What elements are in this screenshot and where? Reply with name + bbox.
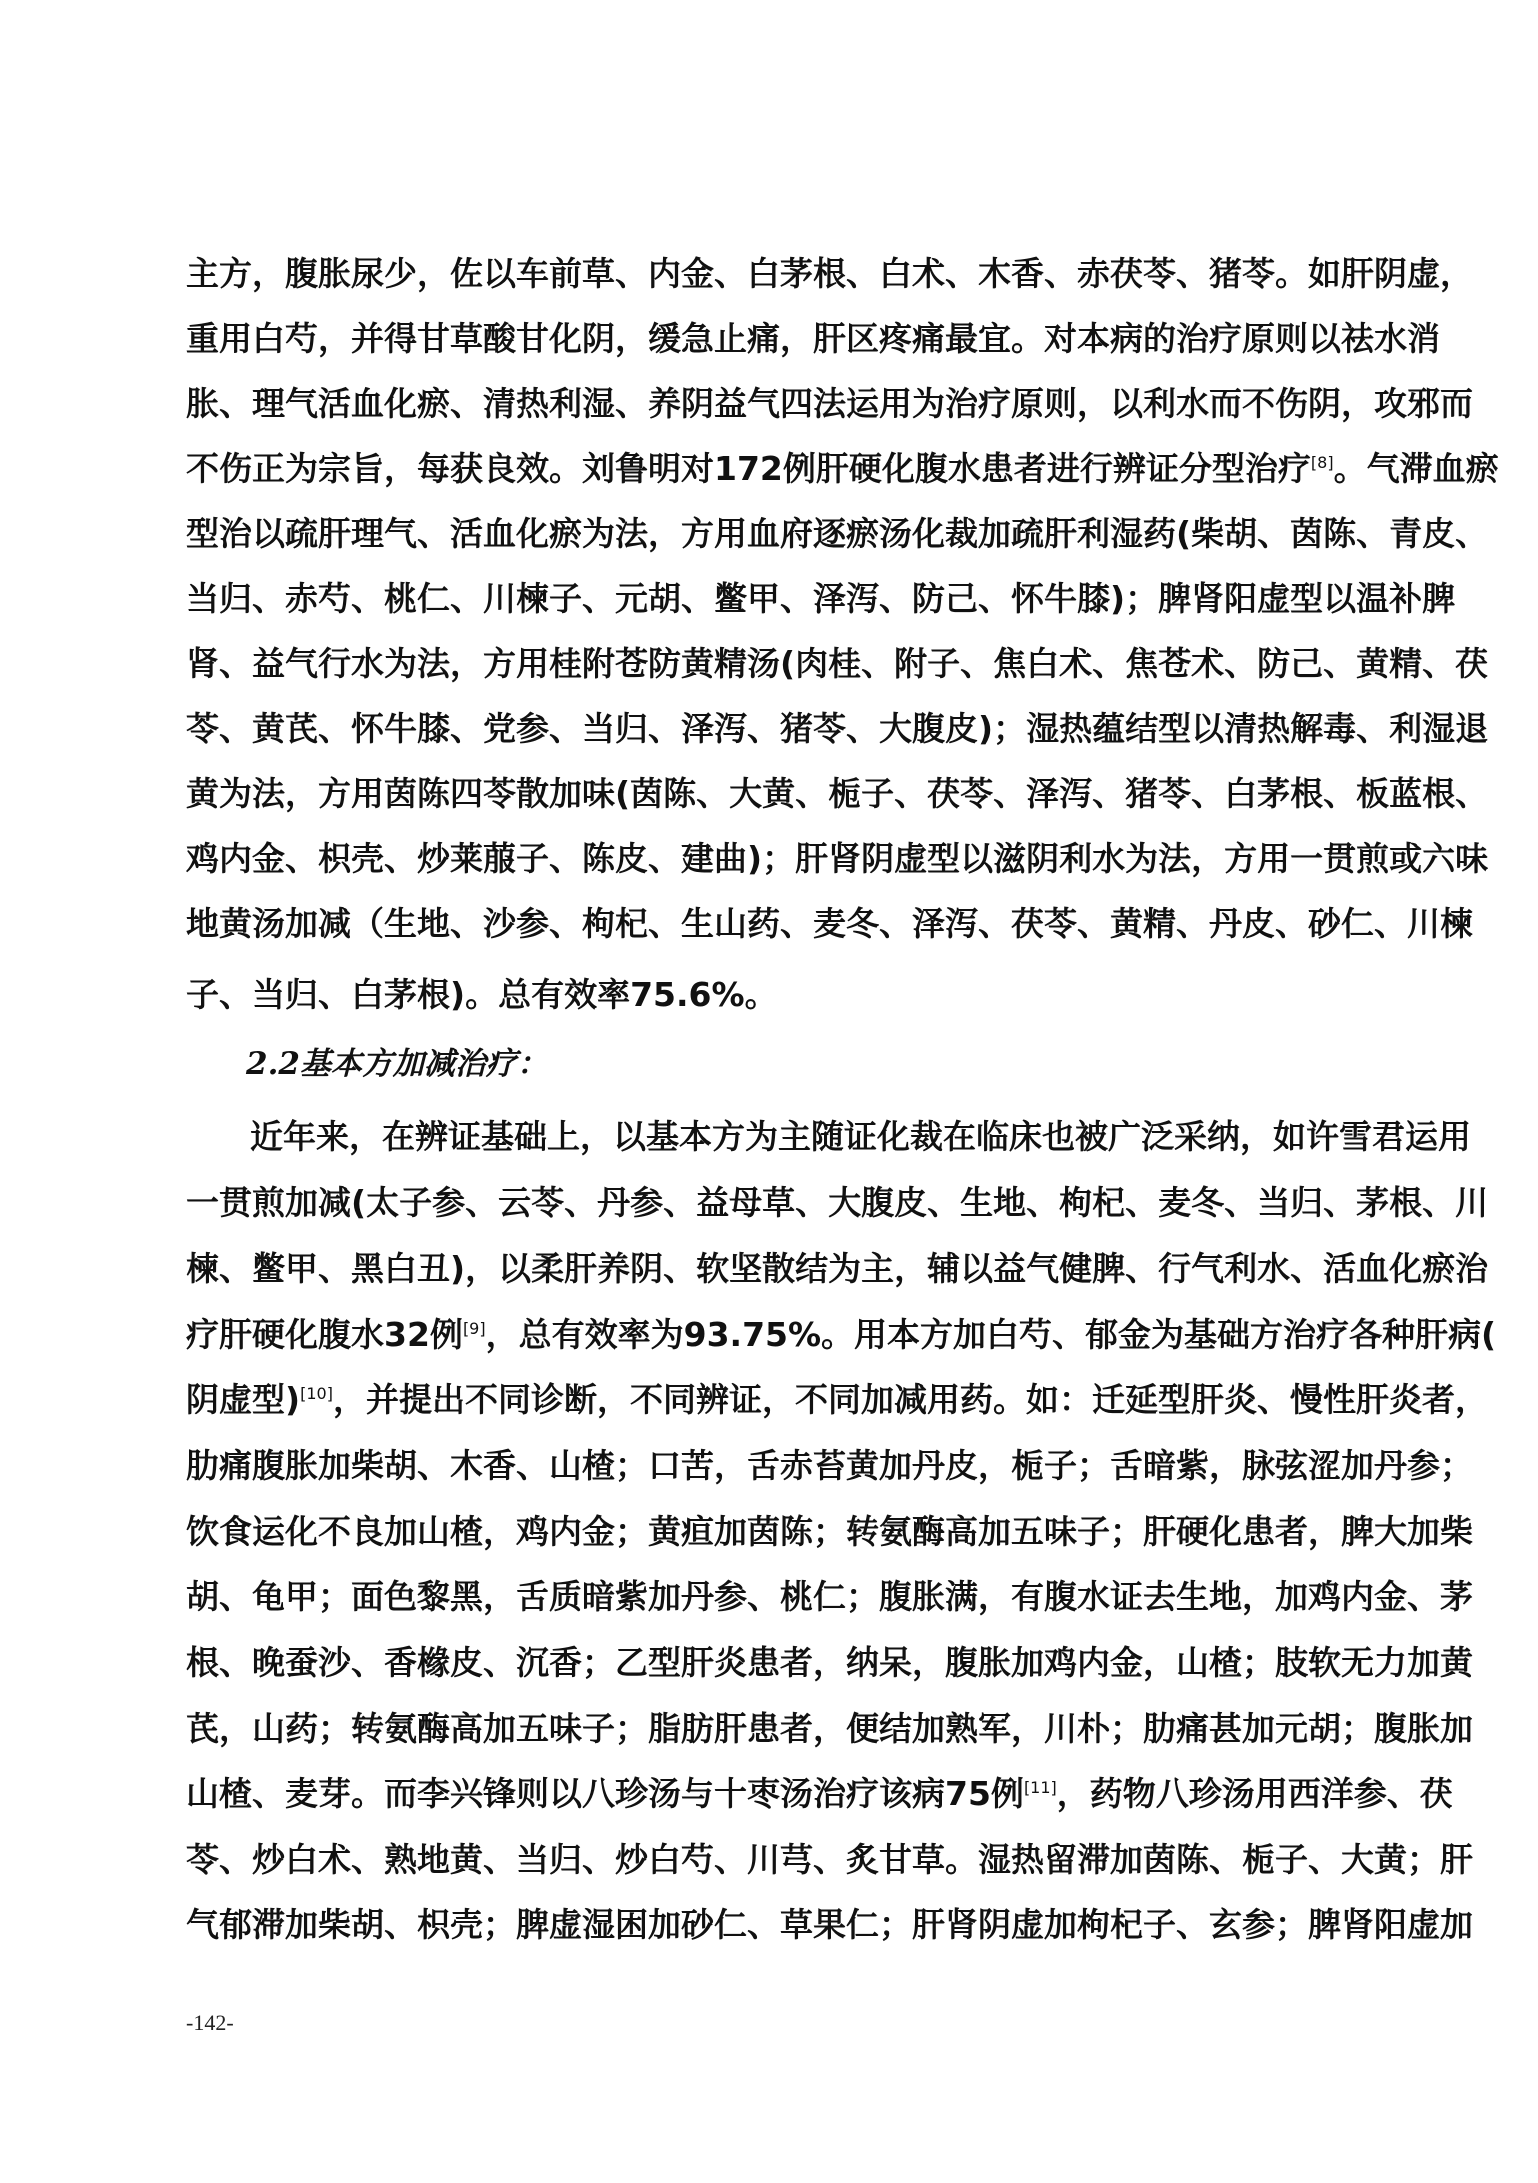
text-line: 芪，山药；转氨酶高加五味子；脂肪肝患者，便结加熟军，川朴；肋痛甚加元胡；腹胀加 [186,1707,1354,1751]
text-line: 根、晚蚕沙、香橼皮、沉香；乙型肝炎患者，纳呆，腹胀加鸡内金，山楂；肢软无力加黄 [186,1641,1354,1685]
citation-marker: [8] [1311,453,1334,472]
text-line: 疗肝硬化腹水32例[9]，总有效率为93.75%。用本方加白芍、郁金为基础方治疗… [186,1313,1354,1357]
citation-marker: [11] [1024,1778,1057,1797]
section-heading: 2.2基本方加减治疗： [246,1042,548,1086]
text-line: 气郁滞加柴胡、枳壳；脾虚湿困加砂仁、草果仁；肝肾阴虚加枸杞子、玄参；脾肾阳虚加 [186,1903,1354,1947]
text-line: 肋痛腹胀加柴胡、木香、山楂；口苦，舌赤苔黄加丹皮，栀子；舌暗紫，脉弦涩加丹参； [186,1444,1354,1488]
text-line: 肾、益气行水为法，方用桂附苍防黄精汤(肉桂、附子、焦白术、焦苍术、防己、黄精、茯 [186,642,1354,686]
text-line: 型治以疏肝理气、活血化瘀为法，方用血府逐瘀汤化裁加疏肝利湿药(柴胡、茵陈、青皮、 [186,512,1354,556]
citation-marker: [10] [300,1384,333,1403]
text-line: 苓、炒白术、熟地黄、当归、炒白芍、川芎、炙甘草。湿热留滞加茵陈、栀子、大黄；肝 [186,1838,1354,1882]
text-line: 不伤正为宗旨，每获良效。刘鲁明对172例肝硬化腹水患者进行辨证分型治疗[8]。气… [186,447,1354,491]
text-line: 地黄汤加减（生地、沙参、枸杞、生山药、麦冬、泽泻、茯苓、黄精、丹皮、砂仁、川楝 [186,902,1354,946]
text-line: 楝、鳖甲、黑白丑)，以柔肝养阴、软坚散结为主，辅以益气健脾、行气利水、活血化瘀治 [186,1247,1354,1291]
text-line: 苓、黄芪、怀牛膝、党参、当归、泽泻、猪苓、大腹皮)；湿热蕴结型以清热解毒、利湿退 [186,707,1354,751]
text-line: 一贯煎加减(太子参、云苓、丹参、益母草、大腹皮、生地、枸杞、麦冬、当归、茅根、川 [186,1181,1354,1225]
text-line: 重用白芍，并得甘草酸甘化阴，缓急止痛，肝区疼痛最宜。对本病的治疗原则以祛水消 [186,317,1354,361]
document-page: 主方，腹胀尿少，佐以车前草、内金、白茅根、白术、木香、赤茯苓、猪苓。如肝阴虚， … [0,0,1538,2183]
text-line: 饮食运化不良加山楂，鸡内金；黄疸加茵陈；转氨酶高加五味子；肝硬化患者，脾大加柴 [186,1510,1354,1554]
text-line: 鸡内金、枳壳、炒莱菔子、陈皮、建曲)；肝肾阴虚型以滋阴利水为法，方用一贯煎或六味 [186,837,1354,881]
text-line: 胡、龟甲；面色黎黑，舌质暗紫加丹参、桃仁；腹胀满，有腹水证去生地，加鸡内金、茅 [186,1575,1354,1619]
text-line: 子、当归、白茅根)。总有效率75.6%。 [186,973,1354,1017]
citation-marker: [9] [463,1319,486,1338]
text-line: 近年来，在辨证基础上，以基本方为主随证化裁在临床也被广泛采纳，如许雪君运用 [250,1115,1354,1159]
text-line: 当归、赤芍、桃仁、川楝子、元胡、鳖甲、泽泻、防己、怀牛膝)；脾肾阳虚型以温补脾 [186,577,1354,621]
text-line: 山楂、麦芽。而李兴锋则以八珍汤与十枣汤治疗该病75例[11]，药物八珍汤用西洋参… [186,1772,1354,1816]
text-line: 胀、理气活血化瘀、清热利湿、养阴益气四法运用为治疗原则，以利水而不伤阴，攻邪而 [186,382,1354,426]
text-line: 阴虚型)[10]，并提出不同诊断，不同辨证，不同加减用药。如：迁延型肝炎、慢性肝… [186,1378,1354,1422]
text-line: 黄为法，方用茵陈四苓散加味(茵陈、大黄、栀子、茯苓、泽泻、猪苓、白茅根、板蓝根、 [186,772,1354,816]
page-number: -142- [186,2010,234,2036]
text-line: 主方，腹胀尿少，佐以车前草、内金、白茅根、白术、木香、赤茯苓、猪苓。如肝阴虚， [186,252,1354,296]
